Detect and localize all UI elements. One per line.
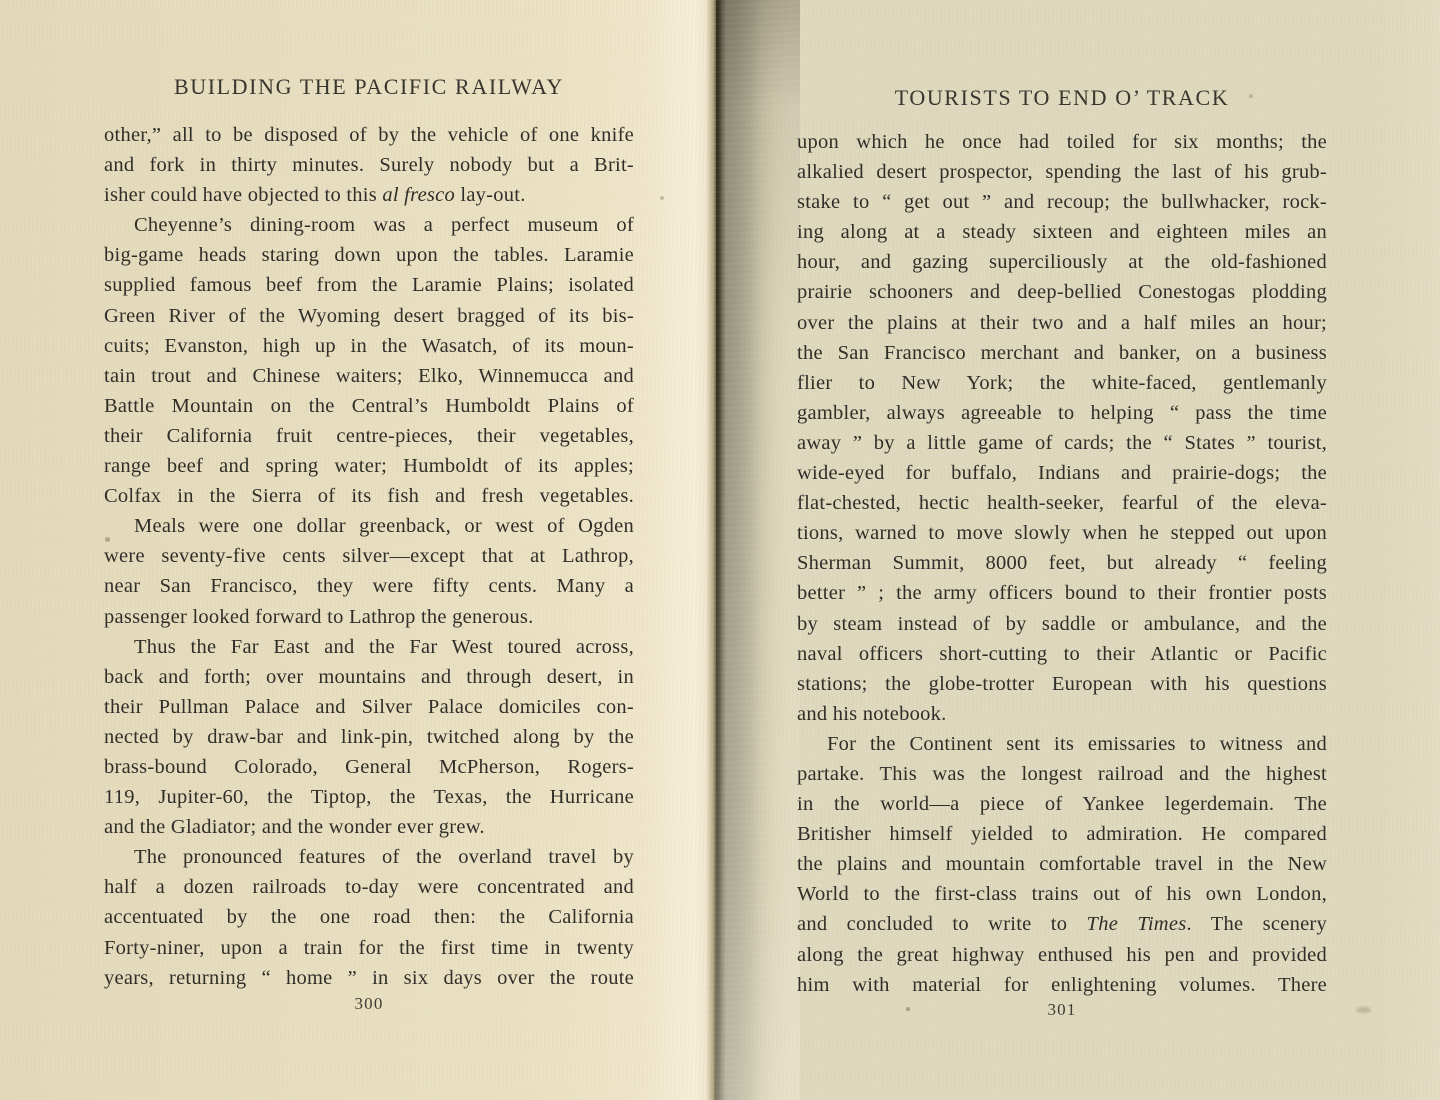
- text-line: nected by draw-bar and link-pin, twitche…: [104, 722, 634, 752]
- text-line: ing along at a steady sixteen and eighte…: [797, 217, 1327, 247]
- left-page-number: 300: [104, 994, 634, 1014]
- text-line: World to the first-class trains out of h…: [797, 879, 1327, 909]
- text-line: the plains and mountain comfortable trav…: [797, 849, 1327, 879]
- text-line: isher could have objected to this al fre…: [104, 180, 634, 210]
- text-line: Battle Mountain on the Central’s Humbold…: [104, 391, 634, 421]
- text-line: passenger looked forward to Lathrop the …: [104, 602, 634, 632]
- text-line: supplied famous beef from the Laramie Pl…: [104, 270, 634, 300]
- text-line: The pronounced features of the overland …: [104, 842, 634, 872]
- text-line: naval officers short-cutting to their At…: [797, 639, 1327, 669]
- text-line: flat-chested, hectic health-seeker, fear…: [797, 488, 1327, 518]
- text-line: stations; the globe-trotter European wit…: [797, 669, 1327, 699]
- text-line: him with material for enlightening volum…: [797, 970, 1327, 1000]
- text-line: prairie schooners and deep-bellied Cones…: [797, 277, 1327, 307]
- text-line: stake to “ get out ” and recoup; the bul…: [797, 187, 1327, 217]
- text-line: back and forth; over mountains and throu…: [104, 662, 634, 692]
- right-page-number: 301: [797, 1000, 1327, 1020]
- text-line: For the Continent sent its emissaries to…: [797, 729, 1327, 759]
- text-line: away ” by a little game of cards; the “ …: [797, 428, 1327, 458]
- text-line: hour, and gazing superciliously at the o…: [797, 247, 1327, 277]
- text-line: tain trout and Chinese waiters; Elko, Wi…: [104, 361, 634, 391]
- text-line: accentuated by the one road then: the Ca…: [104, 902, 634, 932]
- text-line: gambler, always agreeable to helping “ p…: [797, 398, 1327, 428]
- text-line: Colfax in the Sierra of its fish and fre…: [104, 481, 634, 511]
- text-line: range beef and spring water; Humboldt of…: [104, 451, 634, 481]
- text-line: and fork in thirty minutes. Surely nobod…: [104, 150, 634, 180]
- text-line: years, returning “ home ” in six days ov…: [104, 963, 634, 993]
- text-line: and concluded to write to The Times. The…: [797, 909, 1327, 939]
- text-line: Thus the Far East and the Far West toure…: [104, 632, 634, 662]
- text-line: Green River of the Wyoming desert bragge…: [104, 301, 634, 331]
- right-page-text: upon which he once had toiled for six mo…: [797, 127, 1327, 1000]
- text-line: tions, warned to move slowly when he ste…: [797, 518, 1327, 548]
- text-line: Meals were one dollar greenback, or west…: [104, 511, 634, 541]
- text-line: were seventy-five cents silver—except th…: [104, 541, 634, 571]
- text-line: Britisher himself yielded to admiration.…: [797, 819, 1327, 849]
- text-line: partake. This was the longest railroad a…: [797, 759, 1327, 789]
- text-line: upon which he once had toiled for six mo…: [797, 127, 1327, 157]
- text-line: and his notebook.: [797, 699, 1327, 729]
- left-running-header: BUILDING THE PACIFIC RAILWAY: [104, 74, 634, 100]
- text-line: Cheyenne’s dining-room was a perfect mus…: [104, 210, 634, 240]
- gutter-shadow: [716, 0, 800, 1100]
- text-line: the San Francisco merchant and banker, o…: [797, 338, 1327, 368]
- text-line: their California fruit centre-pieces, th…: [104, 421, 634, 451]
- text-line: their Pullman Palace and Silver Palace d…: [104, 692, 634, 722]
- right-running-header: TOURISTS TO END O’ TRACK: [797, 85, 1327, 111]
- text-line: 119, Jupiter-60, the Tiptop, the Texas, …: [104, 782, 634, 812]
- text-line: brass-bound Colorado, General McPherson,…: [104, 752, 634, 782]
- text-line: near San Francisco, they were fifty cent…: [104, 571, 634, 601]
- text-line: in the world—a piece of Yankee legerdema…: [797, 789, 1327, 819]
- right-page: TOURISTS TO END O’ TRACK upon which he o…: [716, 0, 1440, 1100]
- book-spread: BUILDING THE PACIFIC RAILWAY other,” all…: [0, 0, 1440, 1100]
- text-line: better ” ; the army officers bound to th…: [797, 578, 1327, 608]
- text-line: along the great highway enthused his pen…: [797, 940, 1327, 970]
- text-line: other,” all to be disposed of by the veh…: [104, 120, 634, 150]
- text-line: wide-eyed for buffalo, Indians and prair…: [797, 458, 1327, 488]
- text-line: cuits; Evanston, high up in the Wasatch,…: [104, 331, 634, 361]
- text-line: by steam instead of by saddle or ambulan…: [797, 609, 1327, 639]
- text-line: half a dozen railroads to-day were conce…: [104, 872, 634, 902]
- text-line: over the plains at their two and a half …: [797, 308, 1327, 338]
- text-line: big-game heads staring down upon the tab…: [104, 240, 634, 270]
- text-line: flier to New York; the white-faced, gent…: [797, 368, 1327, 398]
- left-page-text: other,” all to be disposed of by the veh…: [104, 120, 634, 993]
- text-line: Forty-niner, upon a train for the first …: [104, 933, 634, 963]
- text-line: and the Gladiator; and the wonder ever g…: [104, 812, 634, 842]
- text-line: alkalied desert prospector, spending the…: [797, 157, 1327, 187]
- text-line: Sherman Summit, 8000 feet, but already “…: [797, 548, 1327, 578]
- left-page: BUILDING THE PACIFIC RAILWAY other,” all…: [0, 0, 716, 1100]
